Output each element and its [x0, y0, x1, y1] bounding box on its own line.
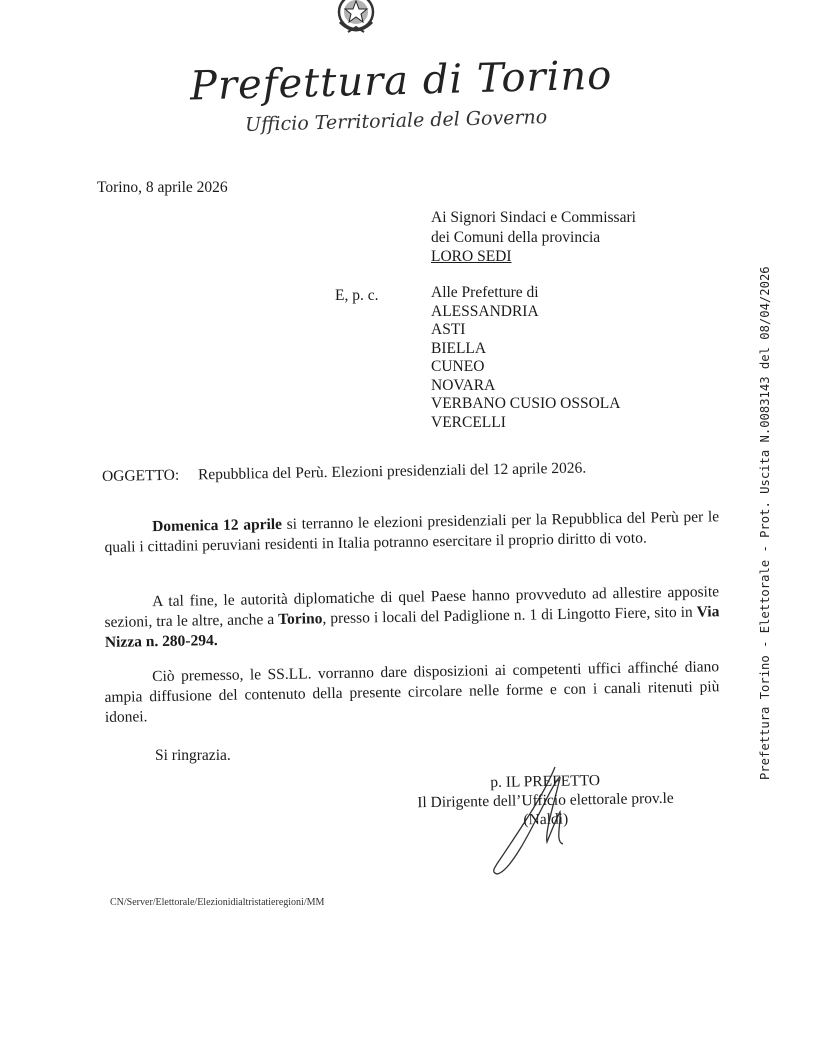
protocol-stamp: Prefettura Torino - Elettorale - Prot. U…: [758, 266, 772, 780]
prefecture-item: ALESSANDRIA: [431, 303, 620, 322]
subject-text: Repubblica del Perù. Elezioni presidenzi…: [198, 460, 586, 484]
epc-heading: Alle Prefetture di: [431, 284, 620, 303]
prefecture-item: BIELLA: [431, 340, 620, 359]
signature-block: p. IL PREFETTO Il Dirigente dell’Ufficio…: [408, 770, 684, 832]
prefecture-item: ASTI: [431, 321, 620, 340]
body-paragraph-1: Domenica 12 aprile si terranno le elezio…: [104, 507, 720, 558]
office-subtitle: Ufficio Territoriale del Governo: [245, 106, 548, 136]
italian-republic-emblem-icon: [334, 0, 378, 38]
recipient-line: Ai Signori Sindaci e Commissari: [431, 208, 636, 228]
city-name: Torino: [278, 610, 323, 628]
body-paragraph-3: Ciò premesso, le SS.LL. vorranno dare di…: [104, 657, 720, 728]
date-line: Torino, 8 aprile 2026: [97, 178, 228, 197]
prefecture-item: NOVARA: [431, 377, 620, 396]
subject-label: OGGETTO:: [102, 465, 198, 486]
footer-file-path: CN/Server/Elettorale/Elezionidialtristat…: [110, 897, 324, 908]
body-paragraph-2: A tal fine, le autorità diplomatiche di …: [104, 582, 720, 653]
epc-list: Alle Prefetture di ALESSANDRIA ASTI BIEL…: [431, 284, 620, 432]
election-date: Domenica 12 aprile: [152, 516, 282, 535]
subject-line: OGGETTO:Repubblica del Perù. Elezioni pr…: [102, 459, 587, 486]
prefecture-item: CUNEO: [431, 358, 620, 377]
prefecture-item: VERBANO CUSIO OSSOLA: [431, 395, 620, 414]
recipient-underlined: LORO SEDI: [431, 247, 636, 267]
recipients-block: Ai Signori Sindaci e Commissari dei Comu…: [431, 208, 636, 267]
prefecture-item: VERCELLI: [431, 414, 620, 433]
closing-thanks: Si ringrazia.: [155, 746, 231, 765]
recipient-line: dei Comuni della provincia: [431, 228, 636, 248]
office-title: Prefettura di Torino: [189, 52, 612, 109]
epc-label: E, p. c.: [335, 286, 378, 305]
